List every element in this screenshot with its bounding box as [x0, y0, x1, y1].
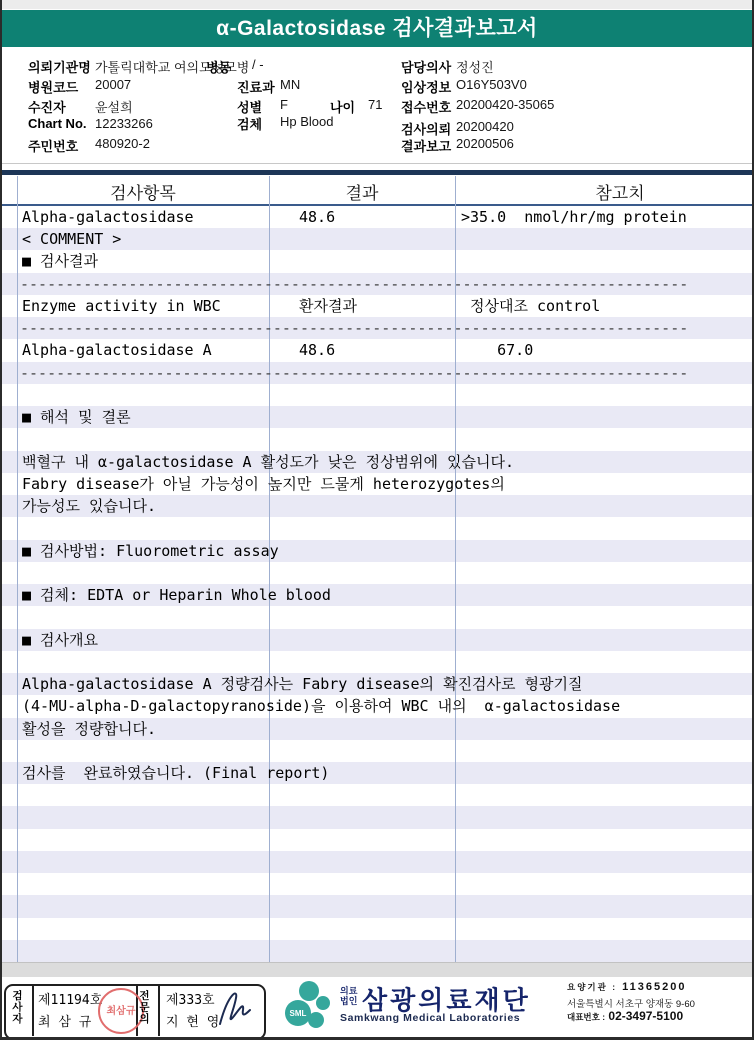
report-line	[0, 606, 754, 628]
specimen-value: Hp Blood	[280, 114, 333, 129]
lab-phone: 대표번호 : 02-3497-5100	[567, 1009, 683, 1023]
report-line: (4-MU-alpha-D-galactopyranoside)을 이용하여 W…	[0, 695, 754, 717]
report-line: Enzyme activity in WBC환자결과 정상대조 control	[0, 295, 754, 317]
examiner-name: 최 삼 규	[38, 1011, 91, 1030]
care-org-number: 요양기관 : 11365200	[567, 981, 686, 993]
report-cell-c1: Enzyme activity in WBC	[22, 295, 221, 317]
requester-label: 의뢰기관명	[28, 57, 91, 76]
report-line	[0, 851, 754, 873]
request-date-value: 20200420	[456, 119, 514, 134]
report-line: 활성을 정량합니다.	[0, 718, 754, 740]
report-cell-c1: < COMMENT >	[22, 228, 121, 250]
report-line: ----------------------------------------…	[0, 317, 754, 339]
hospital-code-value: 20007	[95, 77, 131, 92]
report-line: ■ 검사방법: Fluorometric assay	[0, 540, 754, 562]
resident-no-value: 480920-2	[95, 136, 150, 151]
department-value: MN	[280, 77, 300, 92]
report-line: Fabry disease가 아닐 가능성이 높지만 드물게 heterozyg…	[0, 473, 754, 495]
column-header-item: 검사항목	[17, 179, 269, 203]
report-cell-c1: ■ 검사결과	[22, 250, 98, 272]
clinical-info-value: O16Y503V0	[456, 77, 527, 92]
specimen-label: 검체	[237, 114, 262, 133]
report-title-bar: α-Galactosidase 검사결과보고서	[2, 10, 752, 47]
report-line: Alpha-galactosidase A 정량검사는 Fabry diseas…	[0, 673, 754, 695]
lab-report-page: α-Galactosidase 검사결과보고서 의뢰기관명 가톨릭대학교 여의도…	[0, 0, 754, 1040]
svg-text:SML: SML	[290, 1009, 307, 1018]
report-line	[0, 918, 754, 940]
report-cell-c3: 정상대조 control	[461, 295, 600, 317]
report-line	[0, 784, 754, 806]
report-cell-c2: 48.6	[299, 339, 335, 361]
report-line	[0, 806, 754, 828]
patient-value: 윤설희	[95, 97, 133, 116]
report-line	[0, 829, 754, 851]
report-line: ----------------------------------------…	[0, 362, 754, 384]
report-line	[0, 562, 754, 584]
chart-no-label: Chart No.	[28, 116, 87, 131]
age-label: 나이	[330, 97, 355, 116]
report-line	[0, 517, 754, 539]
sex-value: F	[280, 97, 288, 112]
report-line	[0, 873, 754, 895]
dashed-separator: ----------------------------------------…	[20, 317, 688, 339]
report-cell-c1: ■ 검사방법: Fluorometric assay	[22, 540, 279, 562]
report-cell-c1: ■ 검사개요	[22, 629, 98, 651]
report-line	[0, 895, 754, 917]
report-line: ■ 검체: EDTA or Heparin Whole blood	[0, 584, 754, 606]
footer-separator-strip	[0, 962, 754, 977]
report-cell-c1: 백혈구 내 α-galactosidase A 활성도가 낮은 정상범위에 있습…	[22, 451, 514, 473]
report-cell-c2: 48.6	[299, 206, 335, 228]
report-cell-c3: 67.0	[461, 339, 533, 361]
specialist-cert-number: 제333호	[166, 989, 215, 1008]
resident-no-label: 주민번호	[28, 136, 78, 155]
doctor-label: 담당의사	[401, 57, 451, 76]
report-line: Alpha-galactosidase48.6>35.0 nmol/hr/mg …	[0, 206, 754, 228]
dashed-separator: ----------------------------------------…	[20, 362, 688, 384]
report-line	[0, 651, 754, 673]
report-cell-c1: ■ 해석 및 결론	[22, 406, 131, 428]
report-cell-c1: Alpha-galactosidase	[22, 206, 194, 228]
lab-name-english: Samkwang Medical Laboratories	[340, 1012, 520, 1024]
report-line: ■ 해석 및 결론	[0, 406, 754, 428]
report-line: 백혈구 내 α-galactosidase A 활성도가 낮은 정상범위에 있습…	[0, 451, 754, 473]
column-header-reference: 참고치	[465, 179, 754, 203]
chart-no-value: 12233266	[95, 116, 153, 131]
page-border-left	[0, 0, 2, 1040]
doctor-value: 정성진	[456, 57, 494, 76]
report-cell-c1: Alpha-galactosidase A 정량검사는 Fabry diseas…	[22, 673, 583, 695]
clinical-info-label: 임상정보	[401, 77, 451, 96]
ward-label: 병동	[206, 57, 231, 76]
specialist-name: 지 현 영	[166, 1011, 219, 1030]
department-label: 진료과	[237, 77, 275, 96]
report-cell-c1: Fabry disease가 아닐 가능성이 높지만 드물게 heterozyg…	[22, 473, 505, 495]
age-value: 71	[368, 97, 382, 112]
page-title: α-Galactosidase 검사결과보고서	[216, 17, 538, 40]
specialist-role-label: 전문의	[137, 990, 152, 1025]
receipt-no-value: 20200420-35065	[456, 97, 554, 112]
report-line	[0, 740, 754, 762]
report-date-label: 결과보고	[401, 136, 451, 155]
report-line: 가능성도 있습니다.	[0, 495, 754, 517]
patient-label: 수진자	[28, 97, 66, 116]
report-cell-c1: 검사를 완료하였습니다. (Final report)	[22, 762, 329, 784]
lab-org-type: 의료법인	[340, 986, 357, 1006]
report-line	[0, 384, 754, 406]
report-cell-c3: >35.0 nmol/hr/mg protein	[461, 206, 687, 228]
report-line: 검사를 완료하였습니다. (Final report)	[0, 762, 754, 784]
dashed-separator: ----------------------------------------…	[20, 273, 688, 295]
signature-box-divider	[158, 984, 160, 1036]
column-header-result: 결과	[269, 179, 455, 203]
report-line: ■ 검사개요	[0, 629, 754, 651]
report-cell-c1: Alpha-galactosidase A	[22, 339, 212, 361]
sml-lab-logo-icon: SML	[281, 980, 337, 1036]
lab-address: 서울특별시 서초구 양재동 9-60	[567, 996, 695, 1010]
report-line	[0, 940, 754, 962]
report-line: Alpha-galactosidase A48.6 67.0	[0, 339, 754, 361]
top-grey-strip	[0, 0, 754, 10]
report-cell-c2: 환자결과	[299, 295, 357, 317]
table-top-rule	[0, 170, 754, 175]
report-line	[0, 428, 754, 450]
signature-box-divider	[32, 984, 34, 1036]
report-cell-c1: 가능성도 있습니다.	[22, 495, 156, 517]
report-cell-c1: (4-MU-alpha-D-galactopyranoside)을 이용하여 W…	[22, 695, 620, 717]
report-cell-c1: 활성을 정량합니다.	[22, 718, 156, 740]
report-date-value: 20200506	[456, 136, 514, 151]
hospital-code-label: 병원코드	[28, 77, 78, 96]
examiner-cert-number: 제11194호	[38, 989, 102, 1008]
report-line: ----------------------------------------…	[0, 273, 754, 295]
ward-value: / -	[252, 57, 264, 72]
receipt-no-label: 접수번호	[401, 97, 451, 116]
report-line: ■ 검사결과	[0, 250, 754, 272]
info-divider-line	[0, 163, 754, 164]
specialist-signature	[214, 986, 258, 1032]
report-cell-c1: ■ 검체: EDTA or Heparin Whole blood	[22, 584, 331, 606]
examiner-role-label: 검사자	[10, 990, 25, 1025]
report-line: < COMMENT >	[0, 228, 754, 250]
